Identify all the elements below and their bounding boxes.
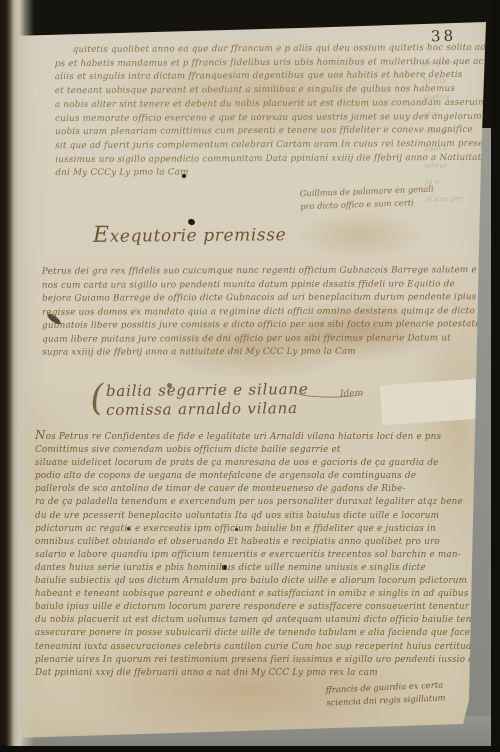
text-line: dantes huius serie iuratis e pbis homini… bbox=[35, 562, 475, 575]
text-line: siluane uidelicet locorum de prats de ça… bbox=[35, 457, 475, 470]
photo-frame: uyllwy 38 ym pson hy fuy Gudrce ctre uuc… bbox=[0, 0, 500, 752]
heading-line: bailia segarrie e siluane bbox=[106, 380, 309, 401]
section-heading-exequtorie: Exequtorie premisse bbox=[93, 221, 286, 248]
marginal-note: Guillmus de palomare en genali pro dicto… bbox=[300, 183, 435, 213]
paragraph-3: Nos Petrus re Confidentes de fide e lega… bbox=[35, 429, 475, 680]
chancery-signature-note: ffrancis de guardia ex certa sciencia dn… bbox=[326, 678, 446, 708]
heading-bracket: ( bbox=[89, 378, 106, 420]
section-heading-bailia: bailia segarrie e siluane comissa arnald… bbox=[106, 380, 309, 420]
text-line: Dat ppiniani xxvj die ffebruarii anno a … bbox=[35, 667, 475, 680]
text-line: omnibus culibet obuiando et obseruando E… bbox=[35, 536, 475, 549]
text-line: Comittimus sive comendam uobis officium … bbox=[35, 444, 475, 457]
text-line: Petrus dei gra rex ffidelis suo cuicumqu… bbox=[42, 264, 474, 279]
text-line: ra de ça paladella tenendum e exercendum… bbox=[35, 496, 475, 509]
paragraph-1: quitetis quolibet anno ea que dur ffranc… bbox=[55, 42, 476, 181]
text-line: dni My CCCy Ly pmo la Cam bbox=[55, 165, 475, 181]
repair-patch bbox=[380, 379, 479, 426]
text-line: supra xxiiij die ffebrij anno a natiuita… bbox=[42, 345, 474, 360]
text-line: pallerols de sco antolino de timor de ca… bbox=[35, 483, 475, 496]
text-line: du nobis placuerit ut est dictum uolumus… bbox=[35, 614, 475, 627]
text-line: baiulo ipius uille e dictorum locorum pa… bbox=[35, 601, 475, 614]
text-line: iussimus uro sigillo appendicio communit… bbox=[55, 152, 475, 168]
idem-note: Idem bbox=[340, 389, 364, 400]
text-line: bejora Guiamo Barrege de officio dicte G… bbox=[42, 291, 474, 306]
text-line: habeant e teneant uobisque pareant e obe… bbox=[35, 588, 475, 601]
text-line: pdictorum ac regatis e exerceatis ipm of… bbox=[35, 523, 475, 536]
frame-edge-right bbox=[491, 0, 500, 752]
struck-foliation: uyllwy bbox=[413, 11, 451, 25]
book-binding-gutter bbox=[0, 0, 34, 752]
text-line: plenarie uires In quorum rei testimonium… bbox=[35, 654, 475, 667]
text-line: assecurare ponere in posse subuicarii di… bbox=[35, 627, 475, 640]
paragraph-2: Petrus dei gra rex ffidelis suo cuicumqu… bbox=[42, 264, 474, 360]
text-line: baiulie subiectis qd uos dictum Arnaldum… bbox=[35, 575, 475, 588]
text-line: podio alto de copons de uegana de montef… bbox=[35, 470, 475, 483]
text-line: du de ure pcesserit beneplacito uoluntat… bbox=[35, 510, 475, 523]
manuscript-page: uyllwy 38 ym pson hy fuy Gudrce ctre uuc… bbox=[0, 0, 500, 752]
text-line: teneamini iuxta assecuraciones celebris … bbox=[35, 641, 475, 654]
text-line: quam libere puitans jure comissis de dni… bbox=[42, 332, 474, 347]
text-line: Nos Petrus re Confidentes de fide e lega… bbox=[35, 429, 475, 444]
frame-edge-bottom bbox=[0, 746, 500, 752]
text-line: salario e labore quandiu ipm officium te… bbox=[35, 549, 475, 562]
heading-line: comissa arnaldo vilana bbox=[106, 399, 309, 420]
text-line: gubnatois libere possitis jure comissis … bbox=[42, 318, 474, 333]
